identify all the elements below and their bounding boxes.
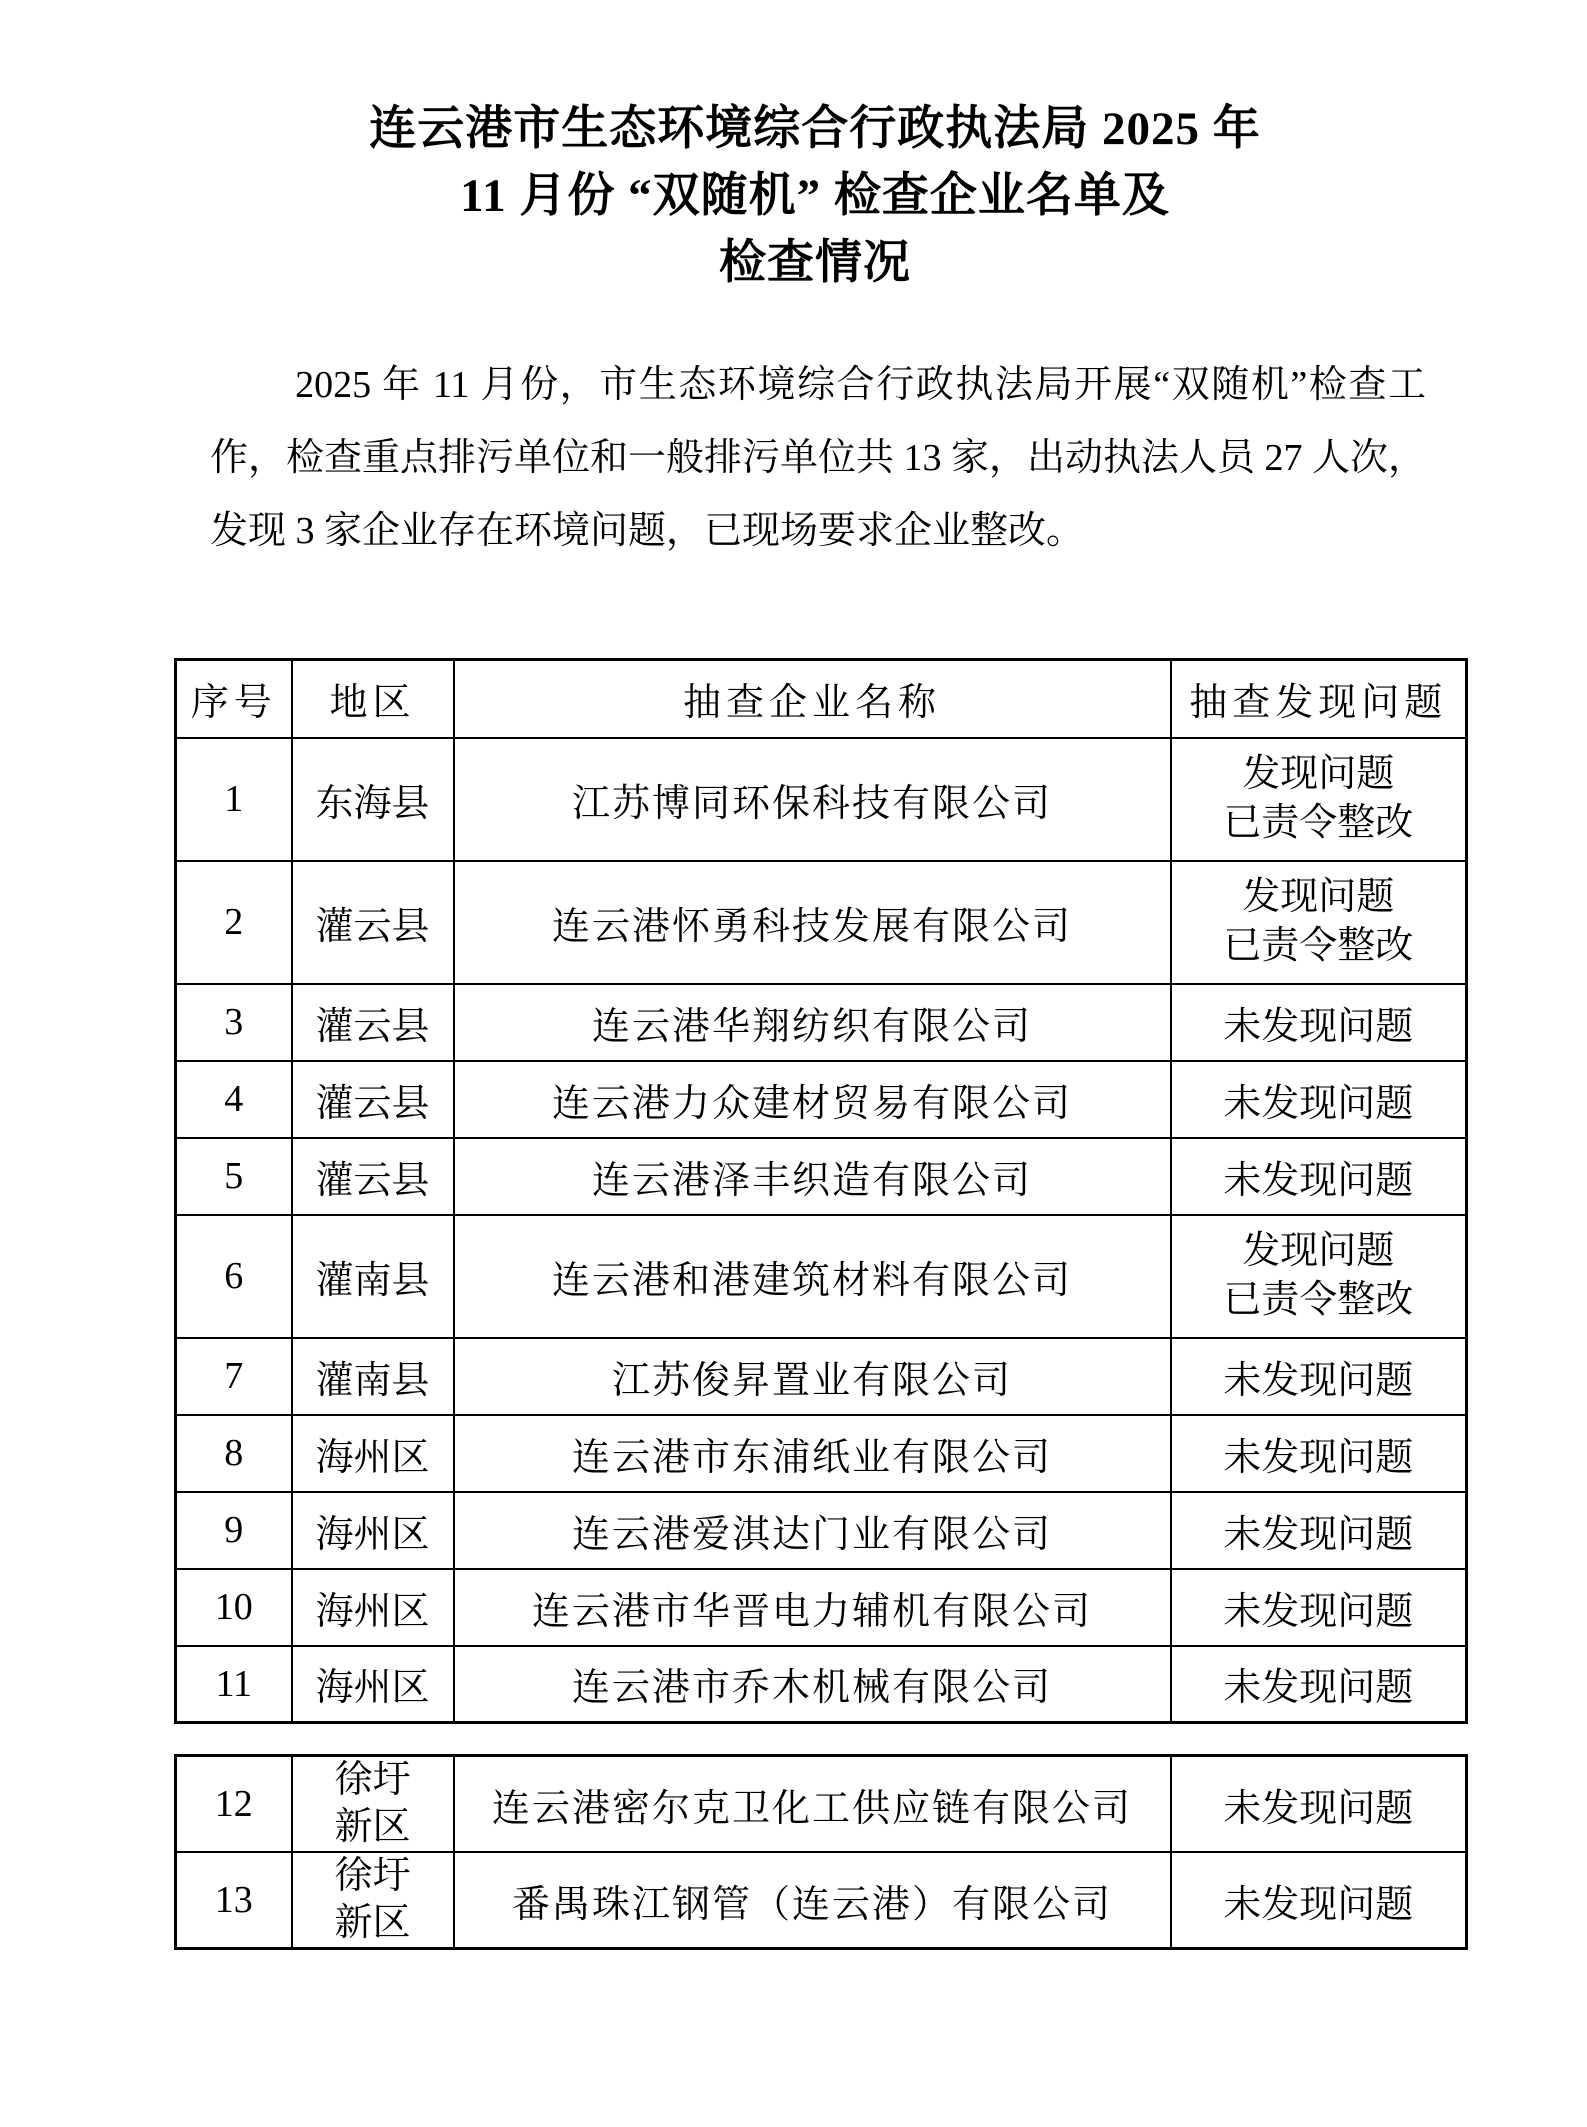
- cell-company-name: 连云港泽丰织造有限公司: [454, 1138, 1171, 1215]
- cell-district: 海州区: [292, 1646, 454, 1723]
- title-line-1: 连云港市生态环境综合行政执法局 2025 年: [205, 96, 1425, 163]
- table-row: 2灌云县连云港怀勇科技发展有限公司发现问题已责令整改: [176, 861, 1467, 984]
- cell-company-name: 连云港市华晋电力辅机有限公司: [454, 1569, 1171, 1646]
- cell-district: 灌云县: [292, 861, 454, 984]
- table-row: 9海州区连云港爱淇达门业有限公司未发现问题: [176, 1492, 1467, 1569]
- cell-text-line: 发现问题: [1172, 750, 1466, 799]
- inspection-table-upper-body: 1东海县江苏博同环保科技有限公司发现问题已责令整改2灌云县连云港怀勇科技发展有限…: [176, 738, 1467, 1723]
- cell-text-line: 发现问题: [1172, 873, 1466, 922]
- inspection-table-upper-wrap: 序号 地区 抽查企业名称 抽查发现问题 1东海县江苏博同环保科技有限公司发现问题…: [174, 658, 1587, 1724]
- cell-serial-number: 13: [176, 1852, 292, 1949]
- table-row: 1东海县江苏博同环保科技有限公司发现问题已责令整改: [176, 738, 1467, 861]
- cell-company-name: 连云港和港建筑材料有限公司: [454, 1215, 1171, 1338]
- table-row: 11海州区连云港市乔木机械有限公司未发现问题: [176, 1646, 1467, 1723]
- cell-district: 灌云县: [292, 984, 454, 1061]
- cell-inspection-result: 未发现问题: [1171, 1061, 1467, 1138]
- cell-inspection-result: 未发现问题: [1171, 1756, 1467, 1853]
- cell-serial-number: 9: [176, 1492, 292, 1569]
- cell-serial-number: 3: [176, 984, 292, 1061]
- intro-paragraph: 2025 年 11 月份，市生态环境综合行政执法局开展“双随机”检查工作，检查重…: [210, 349, 1426, 568]
- table-row: 10海州区连云港市华晋电力辅机有限公司未发现问题: [176, 1569, 1467, 1646]
- column-header-company: 抽查企业名称: [454, 660, 1171, 738]
- cell-district: 灌云县: [292, 1138, 454, 1215]
- cell-company-name: 连云港力众建材贸易有限公司: [454, 1061, 1171, 1138]
- cell-district: 海州区: [292, 1492, 454, 1569]
- table-row: 6灌南县连云港和港建筑材料有限公司发现问题已责令整改: [176, 1215, 1467, 1338]
- cell-serial-number: 2: [176, 861, 292, 984]
- table-row: 8海州区连云港市东浦纸业有限公司未发现问题: [176, 1415, 1467, 1492]
- table-row: 3灌云县连云港华翔纺织有限公司未发现问题: [176, 984, 1467, 1061]
- cell-inspection-result: 未发现问题: [1171, 1646, 1467, 1723]
- cell-company-name: 江苏俊昇置业有限公司: [454, 1338, 1171, 1415]
- cell-district: 徐圩新区: [292, 1756, 454, 1853]
- cell-serial-number: 4: [176, 1061, 292, 1138]
- cell-text-line: 新区: [293, 1804, 453, 1851]
- cell-serial-number: 1: [176, 738, 292, 861]
- title-line-3: 检查情况: [205, 230, 1425, 297]
- cell-text-line: 已责令整改: [1172, 799, 1466, 848]
- cell-serial-number: 10: [176, 1569, 292, 1646]
- cell-inspection-result: 未发现问题: [1171, 984, 1467, 1061]
- cell-text-line: 徐圩: [293, 1853, 453, 1900]
- cell-district: 东海县: [292, 738, 454, 861]
- cell-company-name: 连云港怀勇科技发展有限公司: [454, 861, 1171, 984]
- inspection-table-lower-wrap: 12徐圩新区连云港密尔克卫化工供应链有限公司未发现问题13徐圩新区番禺珠江钢管（…: [174, 1754, 1587, 1950]
- cell-company-name: 连云港爱淇达门业有限公司: [454, 1492, 1171, 1569]
- cell-serial-number: 12: [176, 1756, 292, 1853]
- table-row: 13徐圩新区番禺珠江钢管（连云港）有限公司未发现问题: [176, 1852, 1467, 1949]
- cell-district: 海州区: [292, 1415, 454, 1492]
- column-header-result: 抽查发现问题: [1171, 660, 1467, 738]
- cell-serial-number: 8: [176, 1415, 292, 1492]
- cell-text-line: 发现问题: [1172, 1227, 1466, 1276]
- inspection-table-lower-body: 12徐圩新区连云港密尔克卫化工供应链有限公司未发现问题13徐圩新区番禺珠江钢管（…: [176, 1756, 1467, 1949]
- column-header-district: 地区: [292, 660, 454, 738]
- cell-district: 灌南县: [292, 1338, 454, 1415]
- cell-inspection-result: 未发现问题: [1171, 1338, 1467, 1415]
- table-header: 序号 地区 抽查企业名称 抽查发现问题: [176, 660, 1467, 738]
- cell-district: 灌云县: [292, 1061, 454, 1138]
- cell-district: 海州区: [292, 1569, 454, 1646]
- cell-inspection-result: 未发现问题: [1171, 1492, 1467, 1569]
- cell-inspection-result: 发现问题已责令整改: [1171, 861, 1467, 984]
- cell-inspection-result: 发现问题已责令整改: [1171, 1215, 1467, 1338]
- cell-text-line: 已责令整改: [1172, 1276, 1466, 1325]
- document-title: 连云港市生态环境综合行政执法局 2025 年 11 月份 “双随机” 检查企业名…: [205, 0, 1425, 297]
- cell-company-name: 江苏博同环保科技有限公司: [454, 738, 1171, 861]
- table-row: 7灌南县江苏俊昇置业有限公司未发现问题: [176, 1338, 1467, 1415]
- table-row: 5灌云县连云港泽丰织造有限公司未发现问题: [176, 1138, 1467, 1215]
- table-row: 12徐圩新区连云港密尔克卫化工供应链有限公司未发现问题: [176, 1756, 1467, 1853]
- cell-inspection-result: 未发现问题: [1171, 1852, 1467, 1949]
- title-line-2: 11 月份 “双随机” 检查企业名单及: [205, 163, 1425, 230]
- cell-serial-number: 5: [176, 1138, 292, 1215]
- cell-inspection-result: 未发现问题: [1171, 1569, 1467, 1646]
- cell-inspection-result: 未发现问题: [1171, 1415, 1467, 1492]
- cell-serial-number: 7: [176, 1338, 292, 1415]
- cell-inspection-result: 发现问题已责令整改: [1171, 738, 1467, 861]
- cell-company-name: 连云港市东浦纸业有限公司: [454, 1415, 1171, 1492]
- cell-serial-number: 11: [176, 1646, 292, 1723]
- cell-district: 灌南县: [292, 1215, 454, 1338]
- cell-text-line: 新区: [293, 1900, 453, 1947]
- table-header-row: 序号 地区 抽查企业名称 抽查发现问题: [176, 660, 1467, 738]
- cell-company-name: 连云港华翔纺织有限公司: [454, 984, 1171, 1061]
- column-header-serial: 序号: [176, 660, 292, 738]
- cell-company-name: 番禺珠江钢管（连云港）有限公司: [454, 1852, 1171, 1949]
- document-page: 连云港市生态环境综合行政执法局 2025 年 11 月份 “双随机” 检查企业名…: [0, 0, 1587, 2127]
- cell-text-line: 已责令整改: [1172, 922, 1466, 971]
- cell-company-name: 连云港密尔克卫化工供应链有限公司: [454, 1756, 1171, 1853]
- cell-text-line: 徐圩: [293, 1757, 453, 1804]
- cell-inspection-result: 未发现问题: [1171, 1138, 1467, 1215]
- cell-company-name: 连云港市乔木机械有限公司: [454, 1646, 1171, 1723]
- inspection-table-lower: 12徐圩新区连云港密尔克卫化工供应链有限公司未发现问题13徐圩新区番禺珠江钢管（…: [174, 1754, 1468, 1950]
- table-row: 4灌云县连云港力众建材贸易有限公司未发现问题: [176, 1061, 1467, 1138]
- inspection-table-upper: 序号 地区 抽查企业名称 抽查发现问题 1东海县江苏博同环保科技有限公司发现问题…: [174, 658, 1468, 1724]
- cell-serial-number: 6: [176, 1215, 292, 1338]
- cell-district: 徐圩新区: [292, 1852, 454, 1949]
